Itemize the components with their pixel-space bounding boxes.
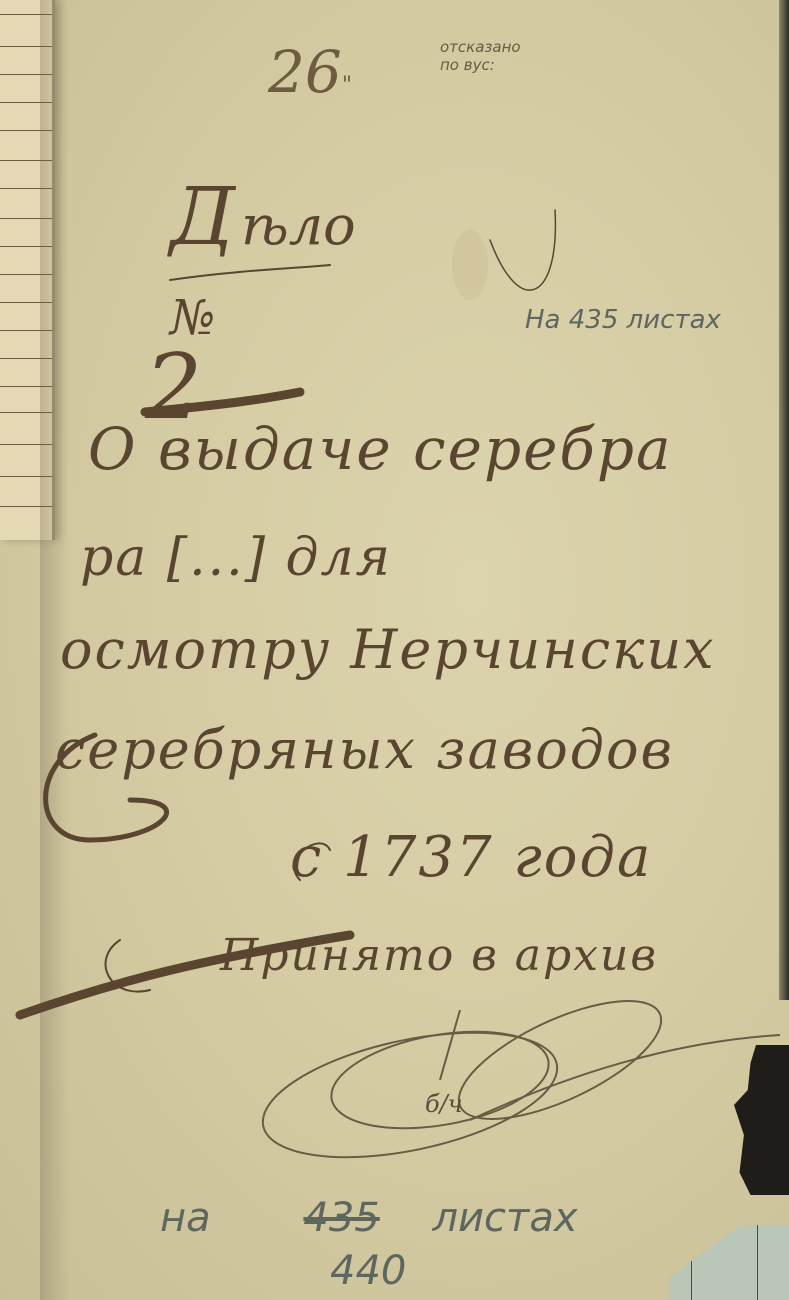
title-delo: Дѣло <box>170 170 356 263</box>
title-rest: ѣло <box>241 194 356 257</box>
ledger-column-line <box>691 1225 692 1300</box>
top-note-line-2: по вус: <box>440 56 521 74</box>
right-binding-edge <box>779 0 789 1000</box>
ledger-column-line <box>757 1225 758 1300</box>
body-line-3: осмотру Нерчинских <box>60 618 716 681</box>
body-line-year: с 1737 года <box>290 825 652 890</box>
signature-mark: б/ч <box>425 1090 463 1118</box>
title-initial: Д <box>170 170 235 263</box>
corrected-leaf-count: 440 <box>330 1248 406 1294</box>
manuscript-page: 26" отсказано по вус: Дѣло № 2 На 435 ли… <box>0 0 789 1300</box>
top-margin-note: отсказано по вус: <box>440 38 521 74</box>
top-note-line-1: отсказано <box>440 38 521 56</box>
bottom-note-suffix: листах <box>432 1195 577 1241</box>
case-number-suffix: " <box>342 73 352 98</box>
case-number: 26" <box>268 38 352 106</box>
body-line-archive: Принято в архив <box>220 930 658 981</box>
ink-blot <box>452 230 488 300</box>
body-line-2: ра [...] для <box>80 528 392 588</box>
case-number-value: 26 <box>268 38 342 106</box>
leaves-count-note: На 435 листах <box>525 305 721 335</box>
bottom-note-prefix: на <box>160 1195 211 1241</box>
body-line-4: серебряных заводов <box>55 718 674 781</box>
body-line-1: О выдаче серебра <box>88 415 673 483</box>
torn-corner <box>734 1045 789 1195</box>
struck-leaf-count: 435 <box>303 1195 379 1241</box>
underlying-ledger-sheet <box>669 1225 789 1300</box>
bottom-leaves-note: на 435 листах <box>160 1195 578 1241</box>
